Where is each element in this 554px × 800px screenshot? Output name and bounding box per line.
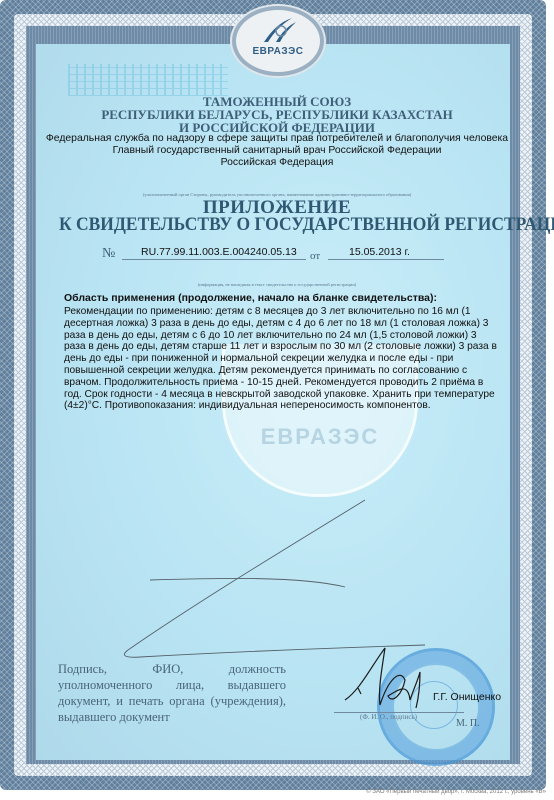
issuing-official: Главный государственный санитарный врач … <box>0 145 554 156</box>
registration-date: 15.05.2013 г. <box>349 246 410 258</box>
emblem-label: ЕВРАЗЭС <box>236 46 320 57</box>
seal-coat-of-arms-icon <box>410 681 458 729</box>
eurasec-emblem-icon <box>262 16 298 44</box>
number-label: № <box>102 246 115 262</box>
fio-caption: (Ф. И. О., подпись) <box>360 713 417 721</box>
issuing-agency: Федеральная служба по надзору в сфере за… <box>0 133 554 144</box>
usage-recommendations: Рекомендации по применению: детям с 8 ме… <box>64 306 500 412</box>
document-subtitle: К СВИДЕТЕЛЬСТВУ О ГОСУДАРСТВЕННОЙ РЕГИСТ… <box>59 214 495 236</box>
microtext-pattern <box>68 64 228 96</box>
printer-imprint: © ЗАО «Первый печатный двор», г. Москва,… <box>366 789 546 795</box>
eurasec-emblem: ЕВРАЗЭС <box>236 10 320 72</box>
official-seal <box>377 648 495 766</box>
number-underline <box>122 259 306 260</box>
registration-number: RU.77.99.11.003.E.004240.05.13 <box>141 246 297 258</box>
date-underline <box>328 259 444 260</box>
date-label: от <box>310 250 320 262</box>
signer-name: Г.Г. Онищенко <box>433 691 501 703</box>
supplement-caption: (информация, не вошедшая в текст свидете… <box>0 282 554 287</box>
issuing-country: Российская Федерация <box>0 157 554 168</box>
watermark-label: ЕВРАЗЭС <box>225 424 415 450</box>
signature-caption: Подпись, ФИО, должность уполномоченного … <box>58 661 286 725</box>
section-title: Область применения (продолжение, начало … <box>64 292 437 304</box>
seal-place-label: М. П. <box>456 718 480 729</box>
